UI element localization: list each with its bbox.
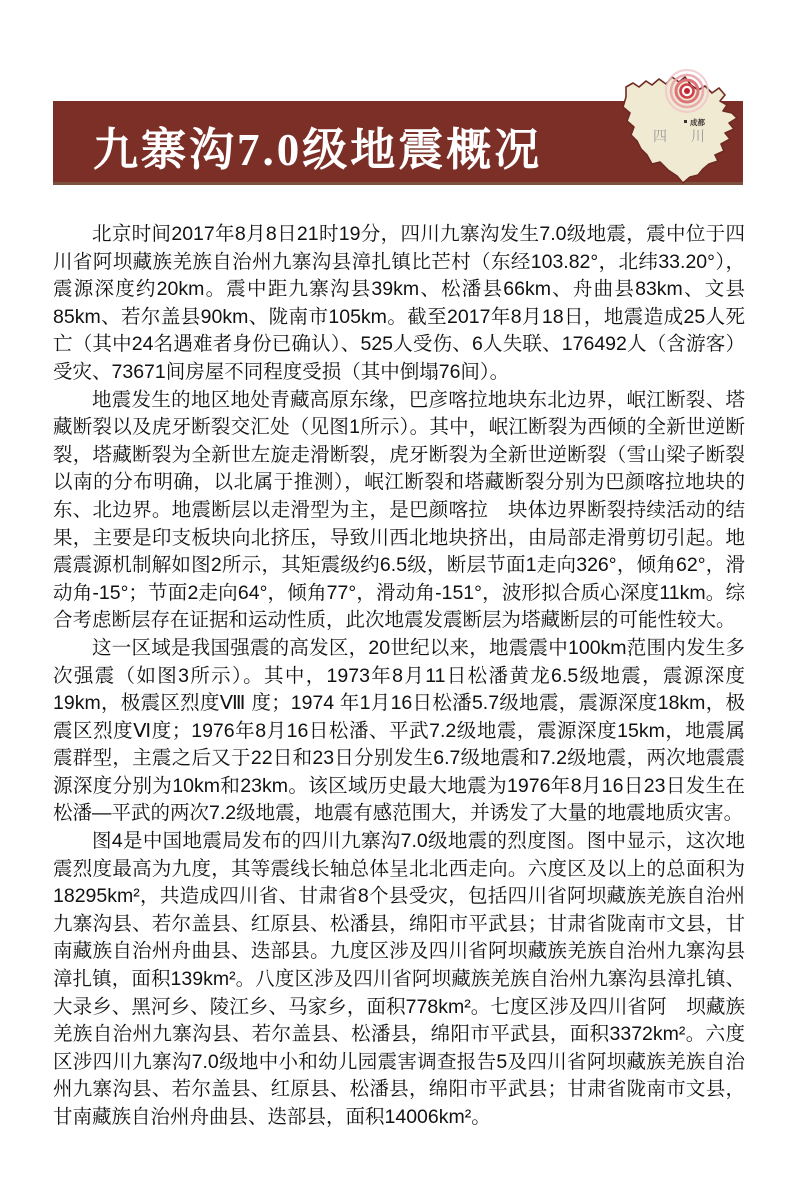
paragraph-tectonic-setting: 地震发生的地区地处青藏高原东缘，巴彦喀拉地块东北边界，岷江断裂、塔藏断裂以及虎牙… bbox=[53, 387, 745, 635]
city-label: 成都 bbox=[690, 117, 705, 127]
sichuan-map: 成都 四 川 bbox=[613, 57, 755, 191]
page-title: 九寨沟7.0级地震概况 bbox=[93, 113, 542, 178]
city-dot-icon bbox=[684, 120, 687, 123]
paragraph-intensity-map: 图4是中国地震局发布的四川九寨沟7.0级地震的烈度图。图中显示，这次地震烈度最高… bbox=[53, 828, 745, 1132]
paragraph-earthquake-overview: 北京时间2017年8月8日21时19分，四川九寨沟发生7.0级地震，震中位于四川… bbox=[53, 221, 745, 387]
sichuan-map-svg: 成都 四 川 bbox=[613, 57, 755, 191]
document-page: 九寨沟7.0级地震概况 成都 四 川 北京时间2017年8月8日 bbox=[0, 0, 800, 1199]
article-body: 北京时间2017年8月8日21时19分，四川九寨沟发生7.0级地震，震中位于四川… bbox=[53, 221, 745, 1132]
paragraph-historical-earthquakes: 这一区域是我国强震的高发区，20世纪以来，地震震中100km范围内发生多次强震（… bbox=[53, 635, 745, 828]
province-label: 四 川 bbox=[653, 128, 715, 144]
